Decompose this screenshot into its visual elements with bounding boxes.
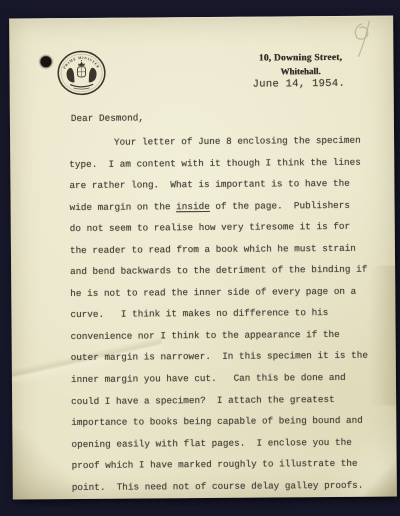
letter-line: opening easily with flat pages. I enclos…	[71, 431, 368, 455]
lion-supporter	[66, 68, 74, 83]
letter-line: do not seem to realise how very tiresome…	[70, 216, 367, 240]
letter-line: proof which I have marked roughly to ill…	[72, 453, 369, 477]
letter-line: he is not to read the inner side of ever…	[70, 281, 367, 305]
letter-body: Your letter of June 8 enclosing the spec…	[69, 130, 369, 499]
letter-line: wide margin on the inside of the page. P…	[70, 194, 367, 218]
crown-icon	[78, 62, 85, 66]
letter-paper: PRIME MINISTER 10, Downing Street, White…	[9, 15, 397, 499]
letter-line: are rather long. What is important is to…	[69, 173, 366, 197]
letter-line: and bend backwards to the detriment of t…	[70, 259, 367, 283]
letter-line: curve. I think it makes no difference to…	[70, 302, 367, 326]
letter-line: importance to books being capable of bei…	[71, 410, 368, 434]
letter-line: could I have a specimen? I attach the gr…	[71, 388, 368, 412]
unicorn-supporter	[89, 68, 97, 83]
letter-line: outer margin is narrower. In this specim…	[71, 345, 368, 369]
scanned-letter-photo: PRIME MINISTER 10, Downing Street, White…	[0, 0, 400, 516]
letter-line: convenience nor I think to the appearanc…	[71, 324, 368, 348]
hole-punch-dot	[40, 56, 51, 67]
letter-date: June 14, 1954.	[253, 78, 346, 91]
letter-line: type. I am content with it though I thin…	[69, 151, 366, 175]
letter-line: inner margin you have cut. Can this be d…	[71, 367, 368, 391]
letter-line: Your letter of June 8 enclosing the spec…	[69, 130, 366, 154]
paper-edge-shade	[369, 265, 396, 405]
royal-arms-crest-icon: PRIME MINISTER	[55, 50, 107, 96]
pencil-annotation-mark	[331, 17, 379, 79]
letter-line: the reader to read from a book which he …	[70, 237, 367, 261]
letter-line: point. This need not of course delay gal…	[72, 474, 369, 498]
salutation: Dear Desmond,	[71, 112, 144, 124]
